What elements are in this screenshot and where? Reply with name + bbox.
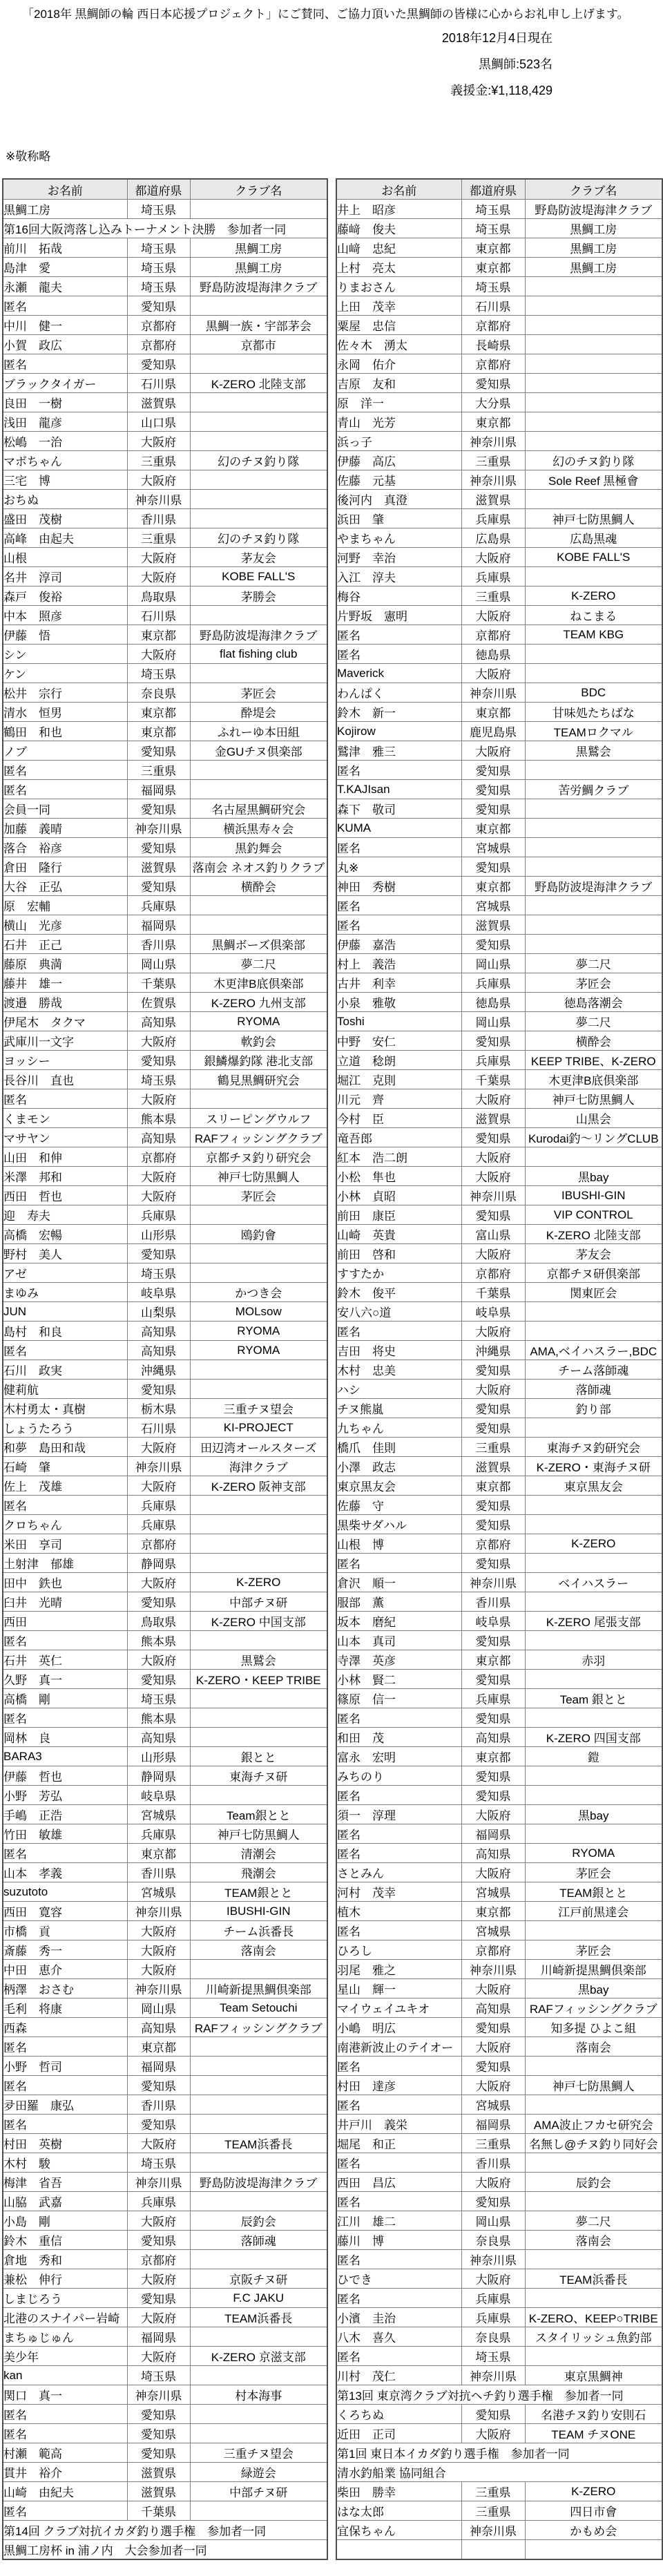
club-name-cell	[190, 1534, 327, 1554]
donor-name-cell: 山根 博	[336, 1534, 461, 1554]
table-row: 小林 貞昭神奈川県IBUSHI-GIN	[336, 1186, 662, 1205]
prefecture-cell: 大阪府	[461, 2269, 525, 2289]
donor-name-cell: 佐藤 守	[336, 1496, 461, 1515]
club-name-cell	[190, 1089, 327, 1109]
prefecture-cell: 栃木県	[127, 1399, 190, 1418]
donor-name-cell: 夛田羅 康弘	[3, 2095, 127, 2115]
table-row: 堀江 克則千葉県木更津B底倶楽部	[336, 1070, 662, 1089]
club-name-cell: flat fishing club	[190, 645, 327, 664]
table-row: 匿名滋賀県	[336, 915, 662, 935]
prefecture-cell: 神奈川県	[127, 819, 190, 838]
table-row: 匿名千葉県	[3, 2501, 327, 2521]
club-name-cell: かもめ会	[525, 2521, 662, 2540]
club-name-cell	[190, 296, 327, 316]
donor-name-cell: 匿名	[336, 2153, 461, 2173]
club-name-cell: 中部チヌ研	[190, 2482, 327, 2501]
club-name-cell: 木更津B底倶楽部	[190, 973, 327, 993]
club-name-cell: 幻のチヌ釣り隊	[525, 451, 662, 470]
club-name-cell: K-ZERO、KEEP○TRIBE	[525, 2308, 662, 2327]
club-name-cell: Team Setouchi	[190, 1998, 327, 2018]
table-row: 篠原 信一兵庫県Team 銀とと	[336, 1689, 662, 1708]
donor-name-cell: 梅津 省吾	[3, 2173, 127, 2192]
prefecture-cell: 大阪府	[461, 664, 525, 683]
club-name-cell: RAFフィッシングクラブ	[190, 1128, 327, 1147]
prefecture-cell: 埼玉県	[127, 664, 190, 683]
table-row: 倉沢 順一神奈川県ベイハスラー	[336, 1573, 662, 1592]
donor-name-cell: 伊藤 哲也	[3, 1766, 127, 1786]
club-name-cell	[525, 1708, 662, 1728]
club-name-cell: 落南会	[525, 2231, 662, 2250]
club-name-cell	[525, 664, 662, 683]
club-name-cell: 落南会	[190, 1940, 327, 1960]
donor-name-cell: 須一 淳理	[336, 1805, 461, 1824]
donor-name-cell: 名井 淳司	[3, 567, 127, 586]
table-row: 西田 寛容神奈川県IBUSHI-GIN	[3, 1902, 327, 1921]
prefecture-cell: 愛知県	[127, 741, 190, 761]
table-row: 柴田 勝幸三重県K-ZERO	[336, 2482, 662, 2501]
donor-name-cell: 小島 剛	[3, 2211, 127, 2231]
prefecture-cell: 大阪府	[461, 1147, 525, 1167]
table-row: 小林 賢二愛知県	[336, 1670, 662, 1689]
donor-name-cell: しまじろう	[3, 2289, 127, 2308]
table-row: 野村 美人愛知県	[3, 1244, 327, 1263]
prefecture-cell: 愛知県	[127, 2424, 190, 2443]
donor-name-cell: 匿名	[336, 1708, 461, 1728]
club-name-cell: ふれーゆ本田組	[190, 722, 327, 741]
donor-name-cell: 立道 稔朗	[336, 1051, 461, 1070]
club-name-cell	[525, 1302, 662, 1322]
club-name-cell	[190, 761, 327, 780]
table-row: 中野 安仁愛知県横酔会	[336, 1031, 662, 1051]
table-row: 渡邉 勝哉佐賀県K-ZERO 九州支部	[3, 993, 327, 1012]
prefecture-cell: 岡山県	[127, 954, 190, 973]
prefecture-cell: 神奈川県	[461, 432, 525, 451]
donor-name-cell: 浅田 龍彦	[3, 412, 127, 432]
club-name-cell	[190, 780, 327, 799]
table-row: 三宅 博大阪府	[3, 470, 327, 490]
club-name-cell	[525, 915, 662, 935]
table-row: シン大阪府flat fishing club	[3, 645, 327, 664]
donor-name-cell: 入江 淳夫	[336, 567, 461, 586]
table-row: 立道 稔朗兵庫県KEEP TRIBE、K-ZERO	[336, 1051, 662, 1070]
donor-name-cell: 前田 啓和	[336, 1244, 461, 1263]
donor-name-cell: 黒柴サダハル	[336, 1515, 461, 1534]
donor-name-cell: アゼ	[3, 1263, 127, 1283]
table-row: 宜保ちゃん神奈川県かもめ会	[336, 2521, 662, 2540]
prefecture-cell: 徳島県	[461, 645, 525, 664]
club-name-cell: Team 銀とと	[525, 1689, 662, 1708]
prefecture-cell: 兵庫県	[461, 567, 525, 586]
club-name-cell: 名港チヌ釣り安則石	[525, 2405, 662, 2424]
donor-name-cell: 島村 和良	[3, 1322, 127, 1341]
donor-name-cell: 小泉 雅敬	[336, 993, 461, 1012]
club-name-cell: 赤羽	[525, 1650, 662, 1670]
club-name-cell: 海津クラブ	[190, 1457, 327, 1476]
donor-name-cell: 兼松 伸行	[3, 2269, 127, 2289]
prefecture-cell: 大阪府	[127, 1089, 190, 1109]
table-row: 石川 政実沖縄県	[3, 1360, 327, 1380]
club-name-cell: 京都市	[190, 335, 327, 354]
prefecture-cell: 愛知県	[127, 1670, 190, 1689]
prefecture-cell: 福岡県	[461, 2115, 525, 2134]
club-name-cell	[525, 335, 662, 354]
club-name-cell: 黒bay	[525, 1167, 662, 1186]
table-row: 名井 淳司大阪府KOBE FALL'S	[3, 567, 327, 586]
table-row: 石井 正己香川県黒鯛ボーズ倶楽部	[3, 935, 327, 954]
table-row: 小嶋 明広愛知県知多提 ひよこ組	[336, 2018, 662, 2037]
prefecture-cell: 愛知県	[127, 2076, 190, 2095]
table-row: ヨッシー愛知県銀鱗爆釣隊 港北支部	[3, 1051, 327, 1070]
prefecture-cell: 愛知県	[127, 1380, 190, 1399]
donor-name-cell: シン	[3, 645, 127, 664]
club-name-cell: 茅匠会	[525, 1863, 662, 1882]
prefecture-cell: 東京都	[127, 625, 190, 645]
prefecture-cell: 大阪府	[127, 432, 190, 451]
table-row: 前田 康臣愛知県VIP CONTROL	[336, 1205, 662, 1225]
table-row: 木村 駿埼玉県	[3, 2153, 327, 2173]
donor-name-cell: 匿名	[3, 2076, 127, 2095]
prefecture-cell: 香川県	[127, 509, 190, 528]
club-name-cell	[525, 799, 662, 819]
donor-name-cell: 北港のスナイパー岩崎	[3, 2308, 127, 2327]
club-name-cell: F.C JAKU	[190, 2289, 327, 2308]
club-name-cell	[190, 509, 327, 528]
table-row: Maverick大阪府	[336, 664, 662, 683]
donor-name-cell: しょうたろう	[3, 1418, 127, 1438]
club-name-cell	[190, 915, 327, 935]
prefecture-cell: 大阪府	[461, 606, 525, 625]
club-name-cell	[525, 1147, 662, 1167]
club-name-cell: K-ZERO 京滋支部	[190, 2347, 327, 2366]
prefecture-cell: 兵庫県	[461, 1051, 525, 1070]
table-row: 富永 宏明東京都鎧	[336, 1747, 662, 1766]
prefecture-cell: 大阪府	[127, 2269, 190, 2289]
donor-name-cell: 堀江 克則	[336, 1070, 461, 1089]
donor-name-cell: 倉地 秀和	[3, 2250, 127, 2269]
prefecture-cell: 兵庫県	[461, 973, 525, 993]
prefecture-cell: 石川県	[127, 374, 190, 393]
prefecture-cell: 三重県	[461, 2482, 525, 2501]
prefecture-cell: 三重県	[461, 586, 525, 606]
table-row: 匿名大阪府	[3, 1089, 327, 1109]
prefecture-cell: 東京都	[461, 1650, 525, 1670]
club-name-cell	[190, 2250, 327, 2269]
donor-name-cell: 安八六○道	[336, 1302, 461, 1322]
table-row: 米澤 邦和大阪府神戸七防黒鯛人	[3, 1167, 327, 1186]
club-name-cell: TEAM チヌONE	[525, 2424, 662, 2443]
table-row: 梅津 省吾神奈川県野島防波堤海津クラブ	[3, 2173, 327, 2192]
donor-name-cell: 伊藤 高広	[336, 451, 461, 470]
prefecture-cell: 福岡県	[127, 780, 190, 799]
table-row: 小濱 圭治兵庫県K-ZERO、KEEP○TRIBE	[336, 2308, 662, 2327]
club-name-cell: K-ZERO 阪神支部	[190, 1476, 327, 1496]
club-name-cell: 神戸七防黒鯛人	[525, 509, 662, 528]
club-name-cell: KI-PROJECT	[190, 1418, 327, 1438]
table-row: 山本 孝義香川県飛潮会	[3, 1863, 327, 1882]
club-name-cell	[190, 1360, 327, 1380]
donor-name-cell: 大谷 正弘	[3, 877, 127, 896]
club-name-cell: K-ZERO	[525, 2482, 662, 2501]
column-header: お名前	[336, 179, 461, 200]
prefecture-cell: 大阪府	[127, 1476, 190, 1496]
donor-name-cell: 落合 裕彦	[3, 838, 127, 857]
club-name-cell: 銀鱗爆釣隊 港北支部	[190, 1051, 327, 1070]
table-row: 匿名愛知県	[3, 2405, 327, 2424]
donor-name-cell: 竹田 敏雄	[3, 1824, 127, 1844]
table-row: 小野 哲司福岡県	[3, 2057, 327, 2076]
prefecture-cell: 神奈川県	[127, 2385, 190, 2405]
table-row: 浅田 龍彦山口県	[3, 412, 327, 432]
prefecture-cell: 神奈川県	[127, 1902, 190, 1921]
prefecture-cell: 愛知県	[461, 1418, 525, 1438]
prefecture-cell: 神奈川県	[127, 1979, 190, 1998]
table-row: 永岡 佑介京都府	[336, 354, 662, 374]
table-row: 小松 隼也大阪府黒bay	[336, 1167, 662, 1186]
table-row: 小澤 政志滋賀県K-ZERO・東海チヌ研	[336, 1457, 662, 1476]
donor-name-cell: 島津 愛	[3, 258, 127, 277]
donor-name-cell: 小林 貞昭	[336, 1186, 461, 1205]
club-name-cell: 東京黒鯛神	[525, 2366, 662, 2385]
table-row: 市橋 貢大阪府チーム浜番長	[3, 1921, 327, 1940]
table-row: 古井 利幸兵庫県茅匠会	[336, 973, 662, 993]
prefecture-cell: 熊本県	[127, 1708, 190, 1728]
club-name-cell: IBUSHI-GIN	[525, 1186, 662, 1205]
table-row: しまじろう愛知県F.C JAKU	[3, 2289, 327, 2308]
donor-name-cell: 山﨑 忠紀	[336, 238, 461, 258]
donor-name-cell: 西田 寛容	[3, 1902, 127, 1921]
club-name-cell: AMA,ベイハスラー,BDC	[525, 1341, 662, 1360]
donor-name-cell: ひでき	[336, 2269, 461, 2289]
prefecture-cell: 神奈川県	[461, 1573, 525, 1592]
prefecture-cell: 大阪府	[461, 2173, 525, 2192]
table-row: 匿名宮城県	[336, 1921, 662, 1940]
donor-name-cell: 村田 英樹	[3, 2134, 127, 2153]
club-name-cell	[190, 432, 327, 451]
donor-name-cell: 藤井 雄一	[3, 973, 127, 993]
prefecture-cell: 大阪府	[461, 2076, 525, 2095]
club-name-cell: 四日市會	[525, 2501, 662, 2521]
club-name-cell: 名無し@チヌ釣り同好会	[525, 2134, 662, 2153]
club-name-cell: K-ZERO 北陸支部	[190, 374, 327, 393]
donor-name-cell: 後河内 真澄	[336, 490, 461, 509]
prefecture-cell: 奈良県	[461, 2231, 525, 2250]
club-name-cell	[525, 1786, 662, 1805]
prefecture-cell: 愛知県	[461, 1031, 525, 1051]
donor-name-cell: 小嶋 明広	[336, 2018, 461, 2037]
column-header: クラブ名	[190, 179, 327, 200]
table-row: 第16回大阪湾落し込みトーナメント決勝 参加者一同	[3, 219, 327, 238]
donor-name-cell: 西田 昌広	[336, 2173, 461, 2192]
club-name-cell	[190, 2366, 327, 2385]
table-row: 匿名埼玉県	[336, 2347, 662, 2366]
club-name-cell	[190, 1631, 327, 1650]
donor-name-cell: 村田 達彦	[336, 2076, 461, 2095]
table-row: 中川 健一京都府黒鯛一族・宇部茅会	[3, 316, 327, 335]
prefecture-cell: 福岡県	[127, 2327, 190, 2347]
table-row: わんぱく神奈川県BDC	[336, 683, 662, 703]
donor-name-cell: 匿名	[336, 2347, 461, 2366]
prefecture-cell: 東京都	[127, 2037, 190, 2057]
prefecture-cell: 大阪府	[127, 1940, 190, 1960]
donor-name-cell: 米澤 邦和	[3, 1167, 127, 1186]
donor-name-cell: 藤﨑 俊夫	[336, 219, 461, 238]
club-name-cell	[190, 1689, 327, 1708]
table-row: 柄澤 おさむ神奈川県川崎新提黒鯛倶楽部	[3, 1979, 327, 1998]
table-row: 貫井 裕介滋賀県緑遊会	[3, 2463, 327, 2482]
table-row: 匿名高知県RYOMA	[3, 1341, 327, 1360]
prefecture-cell: 大阪府	[127, 1650, 190, 1670]
club-name-cell: 銀とと	[190, 1747, 327, 1766]
prefecture-cell: 愛知県	[127, 354, 190, 374]
club-name-cell: チーム落師魂	[525, 1360, 662, 1380]
table-row: 毛利 将康岡山県Team Setouchi	[3, 1998, 327, 2018]
prefecture-cell: 神奈川県	[461, 2250, 525, 2269]
club-name-cell	[525, 2250, 662, 2269]
prefecture-cell: 埼玉県	[127, 2366, 190, 2385]
prefecture-cell: 宮城県	[461, 1882, 525, 1902]
donor-name-cell: 伊尾木 タクマ	[3, 1012, 127, 1031]
prefecture-cell: 愛知県	[127, 1244, 190, 1263]
club-name-cell	[190, 412, 327, 432]
table-row: 匿名愛知県	[3, 2076, 327, 2095]
table-row: 匿名愛知県	[336, 2057, 662, 2076]
table-row: おちぬ神奈川県	[3, 490, 327, 509]
club-name-cell	[525, 490, 662, 509]
club-name-cell	[190, 1960, 327, 1979]
table-row: 村田 英樹大阪府TEAM浜番長	[3, 2134, 327, 2153]
group-entry-cell: 清水釣船業 協同組合	[336, 2463, 662, 2482]
prefecture-cell: 山形県	[127, 1747, 190, 1766]
donor-name-cell: 吉原 友和	[336, 374, 461, 393]
club-name-cell	[525, 1322, 662, 1341]
table-row: 和田 茂高知県K-ZERO 四国支部	[336, 1728, 662, 1747]
donor-name-cell: 江川 雄二	[336, 2211, 461, 2231]
club-name-cell	[525, 1515, 662, 1534]
prefecture-cell: 東京都	[461, 703, 525, 722]
club-name-cell: RYOMA	[190, 1341, 327, 1360]
table-row: クロちゃん兵庫県	[3, 1515, 327, 1534]
table-row: kan埼玉県	[3, 2366, 327, 2385]
table-row: ブラックタイガー石川県K-ZERO 北陸支部	[3, 374, 327, 393]
donor-name-cell: 小松 隼也	[336, 1167, 461, 1186]
club-name-cell	[525, 2057, 662, 2076]
donor-name-cell: 山本 孝義	[3, 1863, 127, 1882]
club-name-cell	[525, 1554, 662, 1573]
summary-block: 2018年12月4日現在 黒鯛師:523名 義援金:¥1,118,429	[442, 25, 552, 104]
donor-name-cell: 木村 駿	[3, 2153, 127, 2173]
donor-name-cell: 加藤 義晴	[3, 819, 127, 838]
table-row: 匿名宮城県	[336, 838, 662, 857]
donor-name-cell: 青山 光芳	[336, 412, 461, 432]
donor-name-cell: マイウェイユキオ	[336, 1998, 461, 2018]
prefecture-cell: 岡山県	[461, 954, 525, 973]
table-row: 匿名徳島県	[336, 645, 662, 664]
header-row: お名前都道府県クラブ名	[336, 179, 662, 200]
table-row: 寺澤 英彦東京都赤羽	[336, 1650, 662, 1670]
table-row: 森戸 俊裕鳥取県茅勝会	[3, 586, 327, 606]
prefecture-cell: 愛知県	[461, 1496, 525, 1515]
donor-name-cell: 久野 真一	[3, 1670, 127, 1689]
prefecture-cell: 高知県	[127, 1728, 190, 1747]
club-name-cell: 夢二尺	[525, 954, 662, 973]
table-row: 南港新波止のテイオー大阪府落南会	[336, 2037, 662, 2057]
prefecture-cell: 三重県	[461, 1438, 525, 1457]
club-name-cell: 三重チヌ望会	[190, 1399, 327, 1418]
donor-name-cell: 小賀 政広	[3, 335, 127, 354]
donor-name-cell: 浜っ子	[336, 432, 461, 451]
prefecture-cell: 大阪府	[127, 567, 190, 586]
club-name-cell	[190, 1515, 327, 1534]
donor-name-cell: 松井 宗行	[3, 683, 127, 703]
prefecture-cell: 京都府	[461, 1263, 525, 1283]
donor-name-cell: 匿名	[336, 1824, 461, 1844]
donor-name-cell: ヨッシー	[3, 1051, 127, 1070]
club-name-cell	[190, 2076, 327, 2095]
club-name-cell: 田辺湾オールスターズ	[190, 1438, 327, 1457]
club-name-cell: 黒鷲会	[525, 741, 662, 761]
table-row: 夛田羅 康弘香川県	[3, 2095, 327, 2115]
table-row: 中本 照彦石川県	[3, 606, 327, 625]
donor-name-cell: ハシ	[336, 1380, 461, 1399]
table-row: 近田 正司大阪府TEAM チヌONE	[336, 2424, 662, 2443]
club-name-cell	[525, 645, 662, 664]
donor-name-cell: 匿名	[336, 2250, 461, 2269]
donor-name-cell: 紅本 浩二朗	[336, 1147, 461, 1167]
club-name-cell	[190, 2057, 327, 2076]
donor-name-cell: 南港新波止のテイオー	[336, 2037, 461, 2057]
donor-name-cell: 手嶋 正浩	[3, 1805, 127, 1824]
table-row: みちのり愛知県	[336, 1766, 662, 1786]
club-name-cell	[525, 1496, 662, 1515]
donor-name-cell: 柄澤 おさむ	[3, 1979, 127, 1998]
donor-name-cell: 高橋 剛	[3, 1689, 127, 1708]
table-row: 第1回 東日本イカダ釣り選手権 参加者一同	[336, 2443, 662, 2463]
prefecture-cell: 京都府	[127, 316, 190, 335]
prefecture-cell: 滋賀県	[461, 1457, 525, 1476]
prefecture-cell: 愛知県	[461, 780, 525, 799]
donor-name-cell: 近田 正司	[336, 2424, 461, 2443]
prefecture-cell: 滋賀県	[127, 393, 190, 412]
club-name-cell: 三重チヌ望会	[190, 2443, 327, 2463]
club-name-cell: 黒鯛工房	[525, 238, 662, 258]
club-name-cell	[190, 393, 327, 412]
prefecture-cell: 静岡県	[127, 1766, 190, 1786]
donor-name-cell: 匿名	[336, 761, 461, 780]
table-row: 粟屋 忠信京都府	[336, 316, 662, 335]
donor-name-cell: 石崎 肇	[3, 1457, 127, 1476]
club-name-cell	[525, 354, 662, 374]
prefecture-cell: 福岡県	[461, 1824, 525, 1844]
club-name-cell: 横酔会	[525, 1031, 662, 1051]
table-row: 西森高知県RAFフィッシングクラブ	[3, 2018, 327, 2037]
table-row: 神田 秀樹東京都野島防波堤海津クラブ	[336, 877, 662, 896]
prefecture-cell: 高知県	[127, 1128, 190, 1147]
prefecture-cell: 兵庫県	[127, 1824, 190, 1844]
table-row: 岡林 良高知県	[3, 1728, 327, 1747]
table-row: 藤井 雄一千葉県木更津B底倶楽部	[3, 973, 327, 993]
club-name-cell: 黒鯛ボーズ倶楽部	[190, 935, 327, 954]
club-name-cell: VIP CONTROL	[525, 1205, 662, 1225]
club-name-cell: 木更津B底倶楽部	[525, 1070, 662, 1089]
club-name-cell	[190, 2405, 327, 2424]
club-name-cell: RYOMA	[190, 1322, 327, 1341]
table-row: 落合 裕彦愛知県黒釣舞会	[3, 838, 327, 857]
club-name-cell: 黒釣舞会	[190, 838, 327, 857]
club-name-cell	[190, 1786, 327, 1805]
donor-name-cell: 黒鯛工房	[3, 200, 127, 219]
prefecture-cell: 滋賀県	[461, 1109, 525, 1128]
prefecture-cell: 愛知県	[461, 2057, 525, 2076]
